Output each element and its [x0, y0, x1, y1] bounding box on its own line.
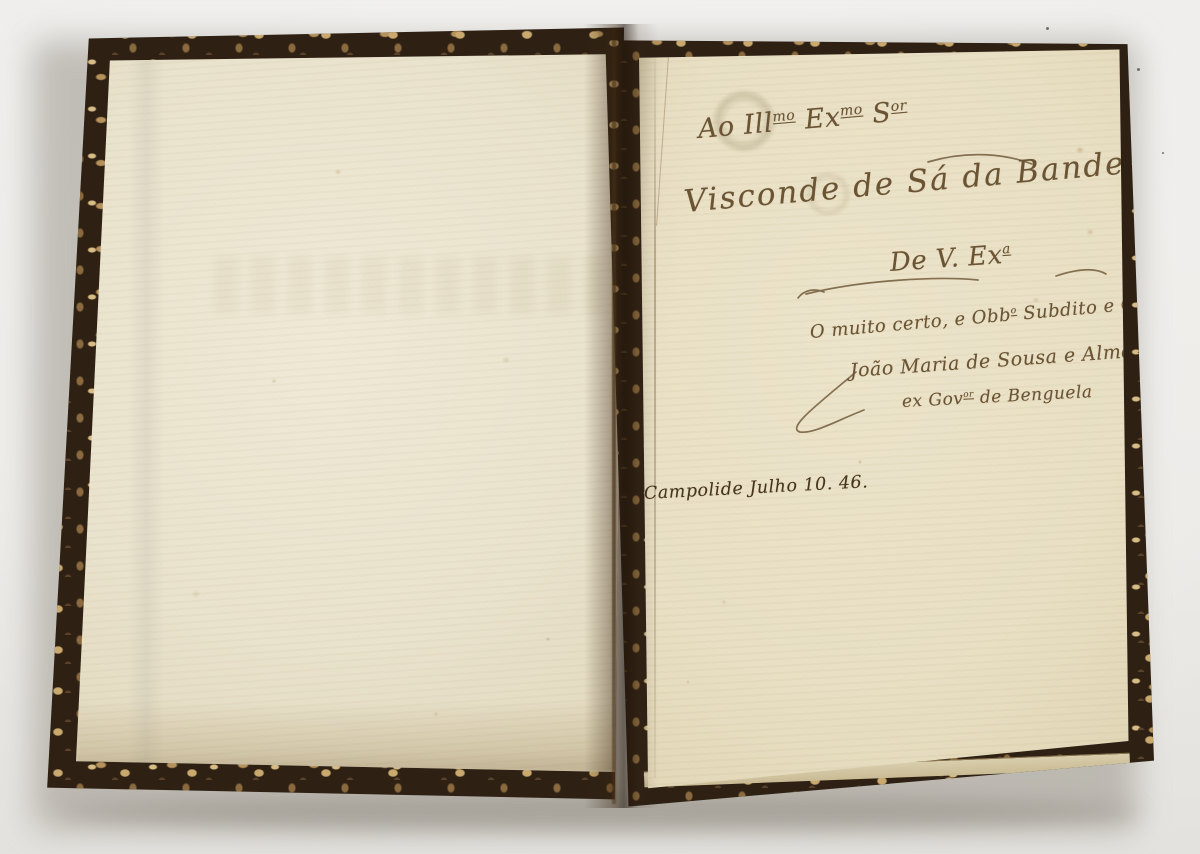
text-segment: Ao Ill	[697, 107, 775, 144]
superscript: mo	[772, 108, 796, 126]
book-bottom-shadow	[60, 796, 1140, 830]
superscript: or	[963, 390, 974, 401]
text-segment: .	[1140, 293, 1148, 314]
foxing-spots-left	[76, 54, 622, 772]
left-endpaper	[76, 54, 622, 772]
dust-speck	[1046, 27, 1049, 30]
superscript: or	[890, 98, 907, 115]
text-segment: S	[862, 97, 893, 130]
text-segment: .	[1140, 339, 1148, 361]
right-page: Ao Illmo Exmo Sor Visconde de Sá da Band…	[628, 42, 1130, 792]
gutter-crease	[612, 30, 616, 804]
superscript: a	[1002, 241, 1012, 258]
superscript: mo	[839, 102, 863, 120]
text-segment: ex Gov	[901, 389, 963, 412]
dust-speck	[1137, 68, 1140, 71]
endpaper-bottom-stain	[76, 702, 622, 772]
left-board-cover	[46, 26, 624, 804]
dust-speck	[1162, 152, 1164, 154]
photo-background: Ao Illmo Exmo Sor Visconde de Sá da Band…	[0, 0, 1200, 854]
text-segment: Ex	[794, 102, 842, 137]
